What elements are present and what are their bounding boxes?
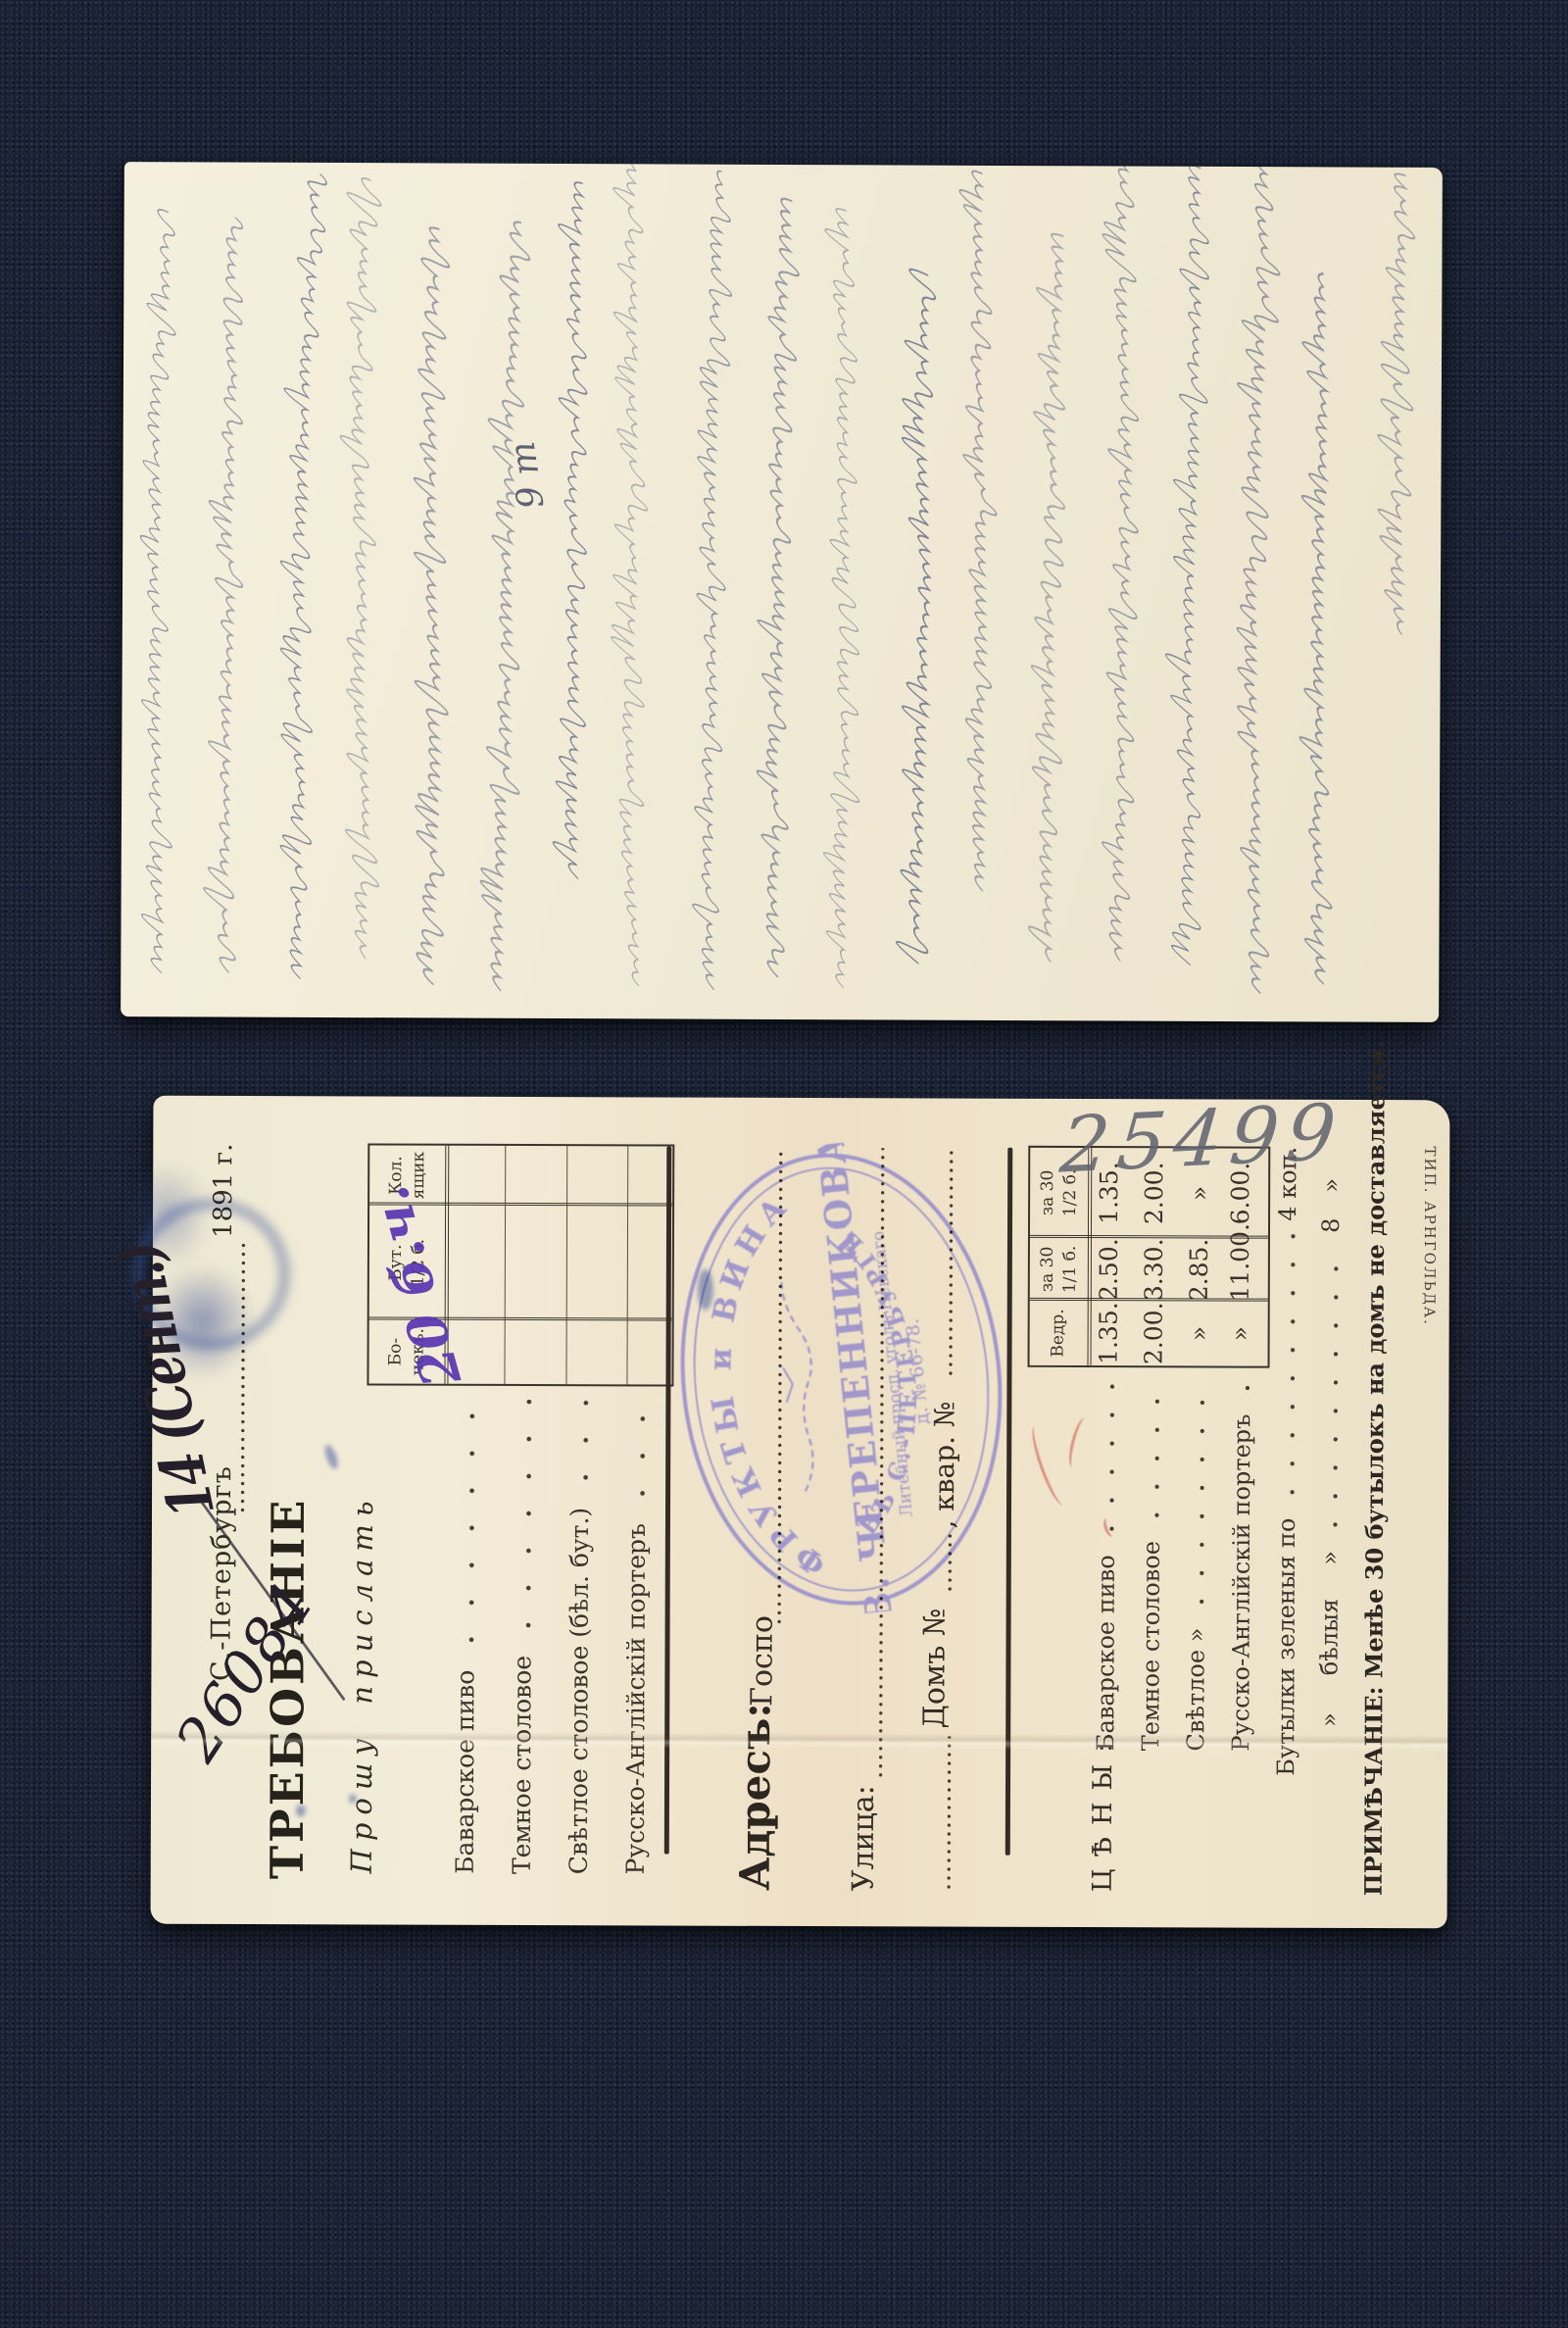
handwriting-line xyxy=(757,181,799,988)
red-pencil-mark xyxy=(1065,1416,1092,1469)
price-cell: » xyxy=(1226,1302,1254,1366)
order-item-row: Баварское пиво xyxy=(451,1390,481,1874)
ditto-mark: » xyxy=(1315,1712,1343,1727)
address-salutation: Госпо xyxy=(745,1615,779,1707)
price-header-30-full: за 30 1/1 б. xyxy=(1030,1238,1088,1301)
form-subtitle: Прошу прислать xyxy=(345,1493,379,1873)
handwriting-line xyxy=(1235,162,1280,1003)
price-cell: 3.30. xyxy=(1140,1238,1168,1301)
house-label: Домъ № xyxy=(917,1609,952,1729)
handwriting-line xyxy=(204,200,244,980)
row-line xyxy=(565,1146,567,1384)
handwriting-line xyxy=(1377,162,1414,641)
prices-label: ЦѢНЫ: xyxy=(1088,1732,1119,1892)
collector-number-pencil: 25499 xyxy=(1056,1088,1347,1191)
price-header-vedro: Ведр. xyxy=(1030,1301,1088,1365)
red-pencil-mark xyxy=(1026,1422,1072,1508)
bottles-white-label: бѣлыя xyxy=(1315,1599,1343,1676)
row-line xyxy=(504,1146,506,1384)
handwritten-postcard: 9 m xyxy=(121,162,1443,1022)
order-item-label: Темное столовое xyxy=(508,1656,537,1874)
header-line: за 30 xyxy=(1037,1170,1058,1216)
address-label: Адресъ: xyxy=(731,1703,780,1891)
handwritten-postcard-content: 9 m xyxy=(121,162,1443,1022)
handwriting-line xyxy=(1298,261,1334,989)
kurrent-handwriting-squiggles xyxy=(121,162,1443,1022)
leader-dots xyxy=(582,1400,589,1496)
handwriting-line xyxy=(553,167,587,882)
order-item-label: Свѣтлое столовое (бѣл. бут.) xyxy=(564,1508,594,1875)
ink-spot xyxy=(322,1443,340,1470)
bottles-white-row: » бѣлыя » 8 » xyxy=(1315,1178,1345,1727)
price-cell: 1.35. xyxy=(1095,1301,1123,1365)
leader-dots xyxy=(467,1400,475,1659)
price-row: Свѣтлое » xyxy=(1182,1372,1210,1751)
price-row: Русско-Англійскій портеръ xyxy=(1227,1373,1255,1752)
handwriting-line xyxy=(693,162,732,999)
order-item-row: Русско-Англійскій портеръ xyxy=(621,1390,652,1874)
order-item-row: Свѣтлое столовое (бѣл. бут.) xyxy=(564,1390,595,1874)
order-item-row: Темное столовое xyxy=(508,1390,538,1874)
order-item-label: Баварское пиво xyxy=(451,1670,480,1874)
stamp-ornament-diamond xyxy=(783,1366,795,1403)
price-cell: 11.00. xyxy=(1226,1239,1254,1302)
leader-dots xyxy=(639,1400,646,1511)
header-line: 1/1 б. xyxy=(1058,1246,1080,1293)
price-cell: 2.85. xyxy=(1185,1238,1213,1301)
handwriting-line xyxy=(413,215,450,993)
price-item-label: Темное столовое xyxy=(1137,1541,1165,1751)
handwriting-line xyxy=(897,258,935,972)
row-line xyxy=(626,1146,628,1384)
street-label: Улица: xyxy=(847,1785,881,1891)
handwriting-line xyxy=(1164,162,1208,974)
price-item-label: Русско-Англійскій портеръ xyxy=(1227,1413,1255,1751)
header-line: за 30 xyxy=(1037,1247,1058,1293)
price-item-label: Баварское пиво xyxy=(1092,1555,1120,1751)
leader-dots xyxy=(1153,1382,1161,1529)
leader-dots xyxy=(1244,1383,1250,1403)
price-item-label: Свѣтлое » xyxy=(1182,1628,1209,1752)
price-cell: 2.00. xyxy=(1140,1301,1168,1365)
leader-dots xyxy=(1332,1243,1340,1539)
handwriting-line xyxy=(610,162,649,990)
handwriting-line xyxy=(822,198,861,997)
album-page: { "scene": { "description": "Two 19th-ce… xyxy=(0,0,1568,2328)
order-form-postcard: 26084 С.-Петербургъ 1891 г. 14 (Сент.) Т… xyxy=(151,1096,1450,1929)
footnote: ПРИМѢЧАНІЕ: Менѣе 30 бутылокъ на домъ не… xyxy=(1359,1041,1391,1897)
handwriting-line xyxy=(139,196,176,980)
bottles-green-label: Бутылки зеленыя по xyxy=(1272,1518,1300,1776)
house-dotted-line xyxy=(947,1737,953,1892)
stamp-ornament-chain xyxy=(781,1275,824,1492)
price-cell: 2.50. xyxy=(1095,1238,1123,1301)
leader-dots xyxy=(1289,1231,1297,1507)
price-cell: » xyxy=(1185,1301,1213,1365)
header-line: Ведр. xyxy=(1048,1309,1069,1357)
handwriting-line xyxy=(480,199,529,1007)
leader-dots xyxy=(1199,1382,1206,1615)
handwriting-line xyxy=(1100,162,1140,970)
price-row: Баварское пиво xyxy=(1092,1372,1120,1751)
ditto-mark: » xyxy=(1317,1178,1345,1193)
price-row: Темное столовое xyxy=(1137,1372,1165,1751)
bottles-white-value: 8 xyxy=(1317,1218,1345,1233)
merchant-stamp: ФРУКТЫ и ВИНА В. ЧЕРЕПЕННИКОВА Литейный … xyxy=(652,1128,1031,1630)
handwriting-line xyxy=(279,162,326,993)
handwriting-line xyxy=(1029,217,1066,969)
order-item-label: Русско-Англійскій портеръ xyxy=(621,1523,651,1874)
leader-dots xyxy=(525,1400,533,1644)
handwriting-line xyxy=(338,162,381,966)
ditto-mark: » xyxy=(1316,1551,1344,1565)
order-form-content: 26084 С.-Петербургъ 1891 г. 14 (Сент.) Т… xyxy=(151,1096,1450,1929)
bottles-green-row: Бутылки зеленыя по 4 коп. xyxy=(1272,1147,1301,1776)
handwriting-line xyxy=(956,162,998,898)
printer-credit: ТИП. АРНГОЛЬДА. xyxy=(1421,1132,1440,1340)
